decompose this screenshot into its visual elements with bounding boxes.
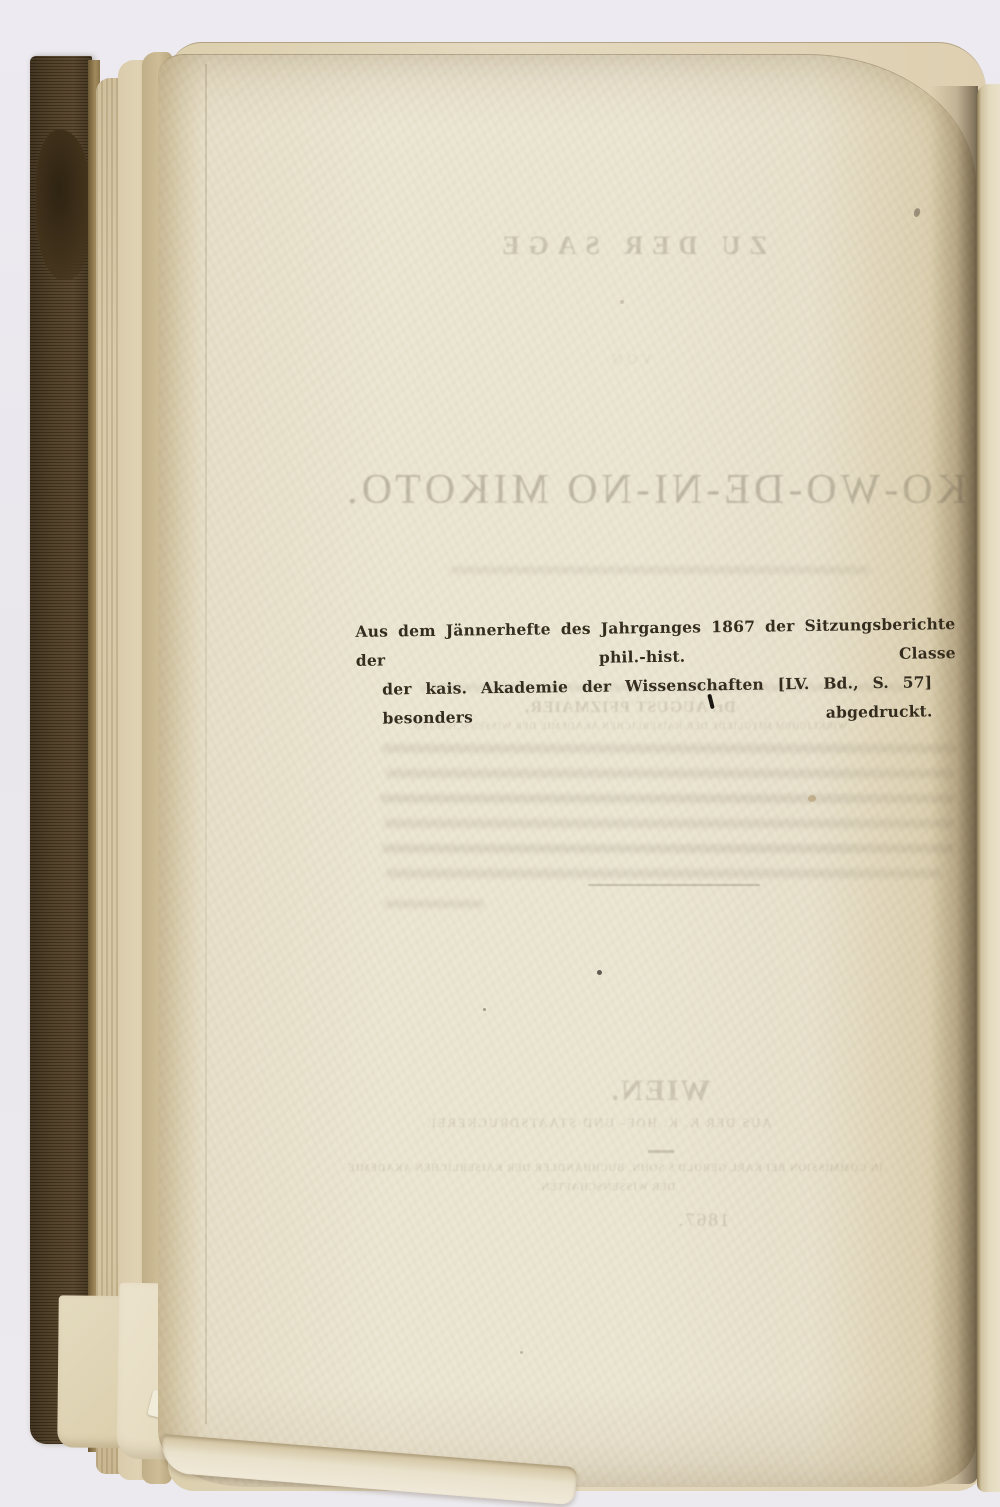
imprint-note-line2: der kais. Akademie der Wissenschaften [L… xyxy=(382,667,933,732)
ghost-text-line xyxy=(450,566,870,574)
ghost-paragraph-last-line xyxy=(384,900,484,908)
ghost-paragraph-line xyxy=(386,869,941,878)
page-crease xyxy=(205,64,207,1424)
ghost-city-line: WIEN. xyxy=(360,1074,960,1108)
ghost-paragraph-line xyxy=(386,769,954,778)
gutter-shadow xyxy=(930,86,978,1484)
paper-speck xyxy=(620,300,624,304)
ghost-von-line: VON xyxy=(330,352,930,369)
ghost-underline xyxy=(588,884,760,886)
ghost-series-title: ZU DER SAGE xyxy=(300,231,960,261)
ghost-commission-line1: IN COMMISSION BEI KARL GEROLD'S SOHN, BU… xyxy=(315,1163,915,1174)
ghost-commission-line2: DER WISSENSCHAFTEN. xyxy=(306,1182,906,1193)
ghost-year-line: 1867. xyxy=(403,1210,1000,1232)
ghost-paragraph-line xyxy=(382,744,957,753)
imprint-note: Aus dem Jännerhefte des Jahrganges 1867 … xyxy=(355,609,956,733)
ghost-printer-line: AUS DER K. K. HOF- UND STAATSDRUCKEREI. xyxy=(298,1116,898,1131)
paper-speck xyxy=(597,970,602,975)
foxing-spot xyxy=(808,795,816,802)
imprint-note-line1: Aus dem Jännerhefte des Jahrganges 1867 … xyxy=(355,609,956,675)
paper-speck xyxy=(483,1008,486,1011)
ghost-paragraph-line xyxy=(382,844,954,853)
facing-page-edge xyxy=(977,84,1000,1492)
paper-speck xyxy=(520,1351,523,1354)
ghost-main-title: KO-WO-DE-NI-NO MIKOTO. xyxy=(330,466,980,514)
ghost-divider-dash xyxy=(648,1150,674,1153)
ghost-paragraph-line xyxy=(384,819,954,828)
ghost-paragraph-line xyxy=(380,794,955,803)
